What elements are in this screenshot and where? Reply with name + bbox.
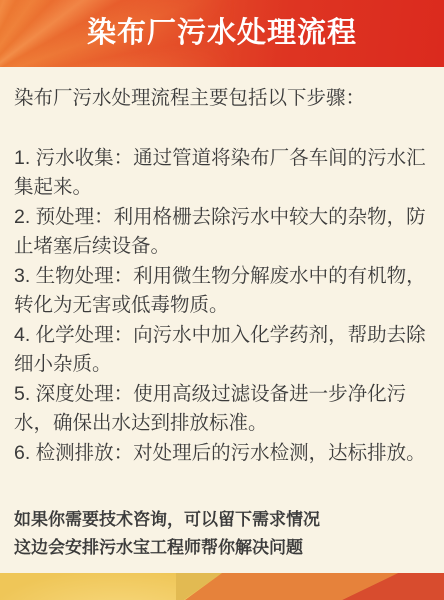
step-item-3: 3. 生物处理：利用微生物分解废水中的有机物，转化为无害或低毒物质。	[14, 262, 431, 321]
content-area: 染布厂污水处理流程主要包括以下步骤： 1. 污水收集：通过管道将染布厂各车间的污…	[0, 84, 444, 562]
step-item-4: 4. 化学处理：向污水中加入化学药剂，帮助去除细小杂质。	[14, 321, 431, 380]
intro-line: 染布厂污水处理流程主要包括以下步骤：	[14, 84, 431, 114]
note-line-2: 这边会安排污水宝工程师帮你解决问题	[14, 534, 431, 562]
page-title: 染布厂污水处理流程	[0, 0, 444, 67]
step-item-1: 1. 污水收集：通过管道将染布厂各车间的污水汇集起来。	[14, 144, 431, 203]
poster: 染布厂污水处理流程 染布厂污水处理流程主要包括以下步骤： 1. 污水收集：通过管…	[0, 0, 444, 600]
steps-list: 1. 污水收集：通过管道将染布厂各车间的污水汇集起来。 2. 预处理：利用格栅去…	[14, 144, 431, 469]
footer-stripe	[0, 573, 444, 600]
note-line-1: 如果你需要技术咨询，可以留下需求情况	[14, 506, 431, 534]
step-item-5: 5. 深度处理：使用高级过滤设备进一步净化污水，确保出水达到排放标准。	[14, 380, 431, 439]
step-item-2: 2. 预处理：利用格栅去除污水中较大的杂物，防止堵塞后续设备。	[14, 203, 431, 262]
header-banner: 染布厂污水处理流程	[0, 0, 444, 67]
consult-note: 如果你需要技术咨询，可以留下需求情况 这边会安排污水宝工程师帮你解决问题	[14, 506, 431, 562]
step-item-6: 6. 检测排放：对处理后的污水检测，达标排放。	[14, 439, 431, 469]
